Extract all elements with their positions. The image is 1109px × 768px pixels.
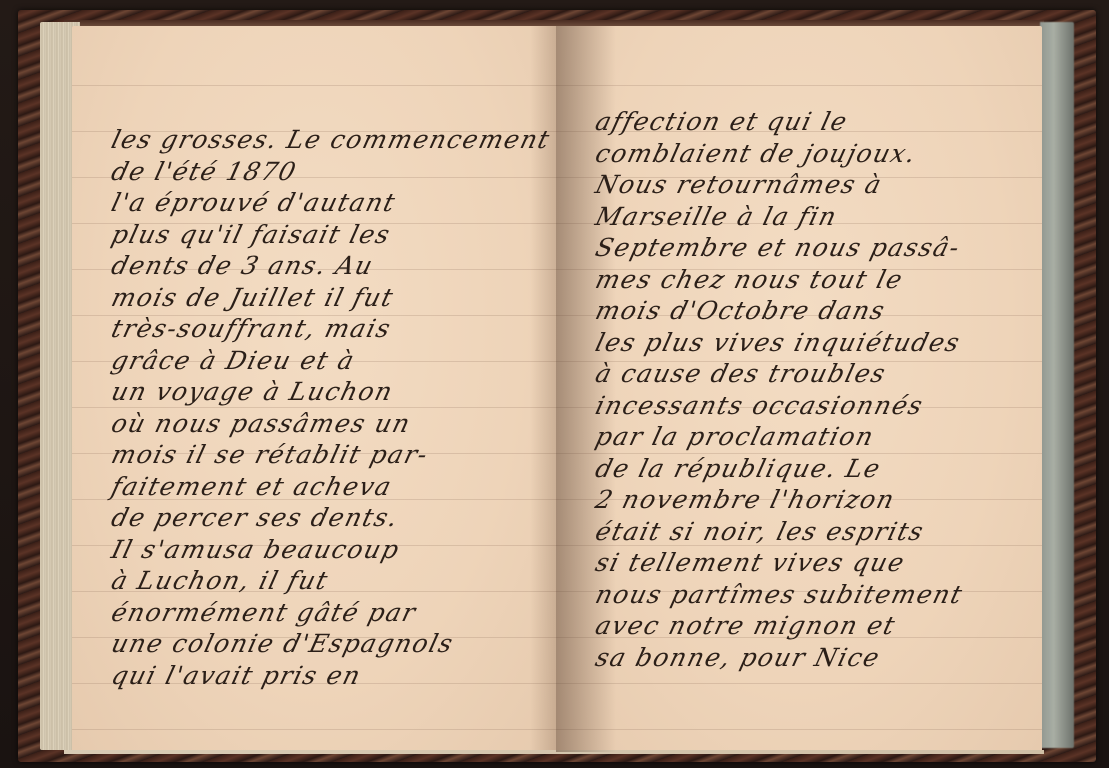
handwritten-line: énormément gâté par	[72, 597, 556, 629]
handwritten-line: de l'été 1870	[72, 156, 556, 188]
handwritten-line: à cause des troubles	[556, 358, 1042, 390]
handwritten-line: grâce à Dieu et à	[72, 345, 556, 377]
handwritten-line: les grosses. Le commencement	[72, 124, 556, 156]
handwritten-line: qui l'avait pris en	[72, 660, 556, 692]
handwritten-line: nous partîmes subitement	[556, 579, 1042, 611]
left-page: les grosses. Le commencement de l'été 18…	[72, 26, 556, 752]
handwritten-line: mois il se rétablit par-	[72, 439, 556, 471]
handwritten-line: comblaient de joujoux.	[556, 138, 1042, 170]
handwritten-line: avec notre mignon et	[556, 610, 1042, 642]
handwritten-line: les plus vives inquiétudes	[556, 327, 1042, 359]
handwritten-line: Il s'amusa beaucoup	[72, 534, 556, 566]
book-bottom-edge	[64, 750, 1044, 754]
handwritten-line: où nous passâmes un	[72, 408, 556, 440]
right-page: affection et qui le comblaient de joujou…	[556, 26, 1042, 752]
handwritten-line: très-souffrant, mais	[72, 313, 556, 345]
right-page-stack-edge	[1040, 22, 1074, 748]
handwritten-line: mois de Juillet il fut	[72, 282, 556, 314]
handwritten-line: de la république. Le	[556, 453, 1042, 485]
handwritten-line: était si noir, les esprits	[556, 516, 1042, 548]
handwritten-line: sa bonne, pour Nice	[556, 642, 1042, 674]
handwritten-line: faitement et acheva	[72, 471, 556, 503]
handwritten-line: mes chez nous tout le	[556, 264, 1042, 296]
handwritten-line: Septembre et nous passâ-	[556, 232, 1042, 264]
photo-scene: les grosses. Le commencement de l'été 18…	[0, 0, 1109, 768]
handwritten-line: une colonie d'Espagnols	[72, 628, 556, 660]
handwritten-line: Nous retournâmes à	[556, 169, 1042, 201]
handwritten-line: 2 novembre l'horizon	[556, 484, 1042, 516]
handwritten-line: si tellement vives que	[556, 547, 1042, 579]
handwritten-line: Marseille à la fin	[556, 201, 1042, 233]
handwritten-line: un voyage à Luchon	[72, 376, 556, 408]
handwritten-line: plus qu'il faisait les	[72, 219, 556, 251]
handwritten-line: l'a éprouvé d'autant	[72, 187, 556, 219]
right-page-text: affection et qui le comblaient de joujou…	[556, 106, 1042, 673]
handwritten-line: dents de 3 ans. Au	[72, 250, 556, 282]
handwritten-line: de percer ses dents.	[72, 502, 556, 534]
handwritten-line: par la proclamation	[556, 421, 1042, 453]
left-page-text: les grosses. Le commencement de l'été 18…	[72, 124, 556, 691]
handwritten-line: affection et qui le	[556, 106, 1042, 138]
handwritten-line: incessants occasionnés	[556, 390, 1042, 422]
handwritten-line: mois d'Octobre dans	[556, 295, 1042, 327]
handwritten-line: à Luchon, il fut	[72, 565, 556, 597]
